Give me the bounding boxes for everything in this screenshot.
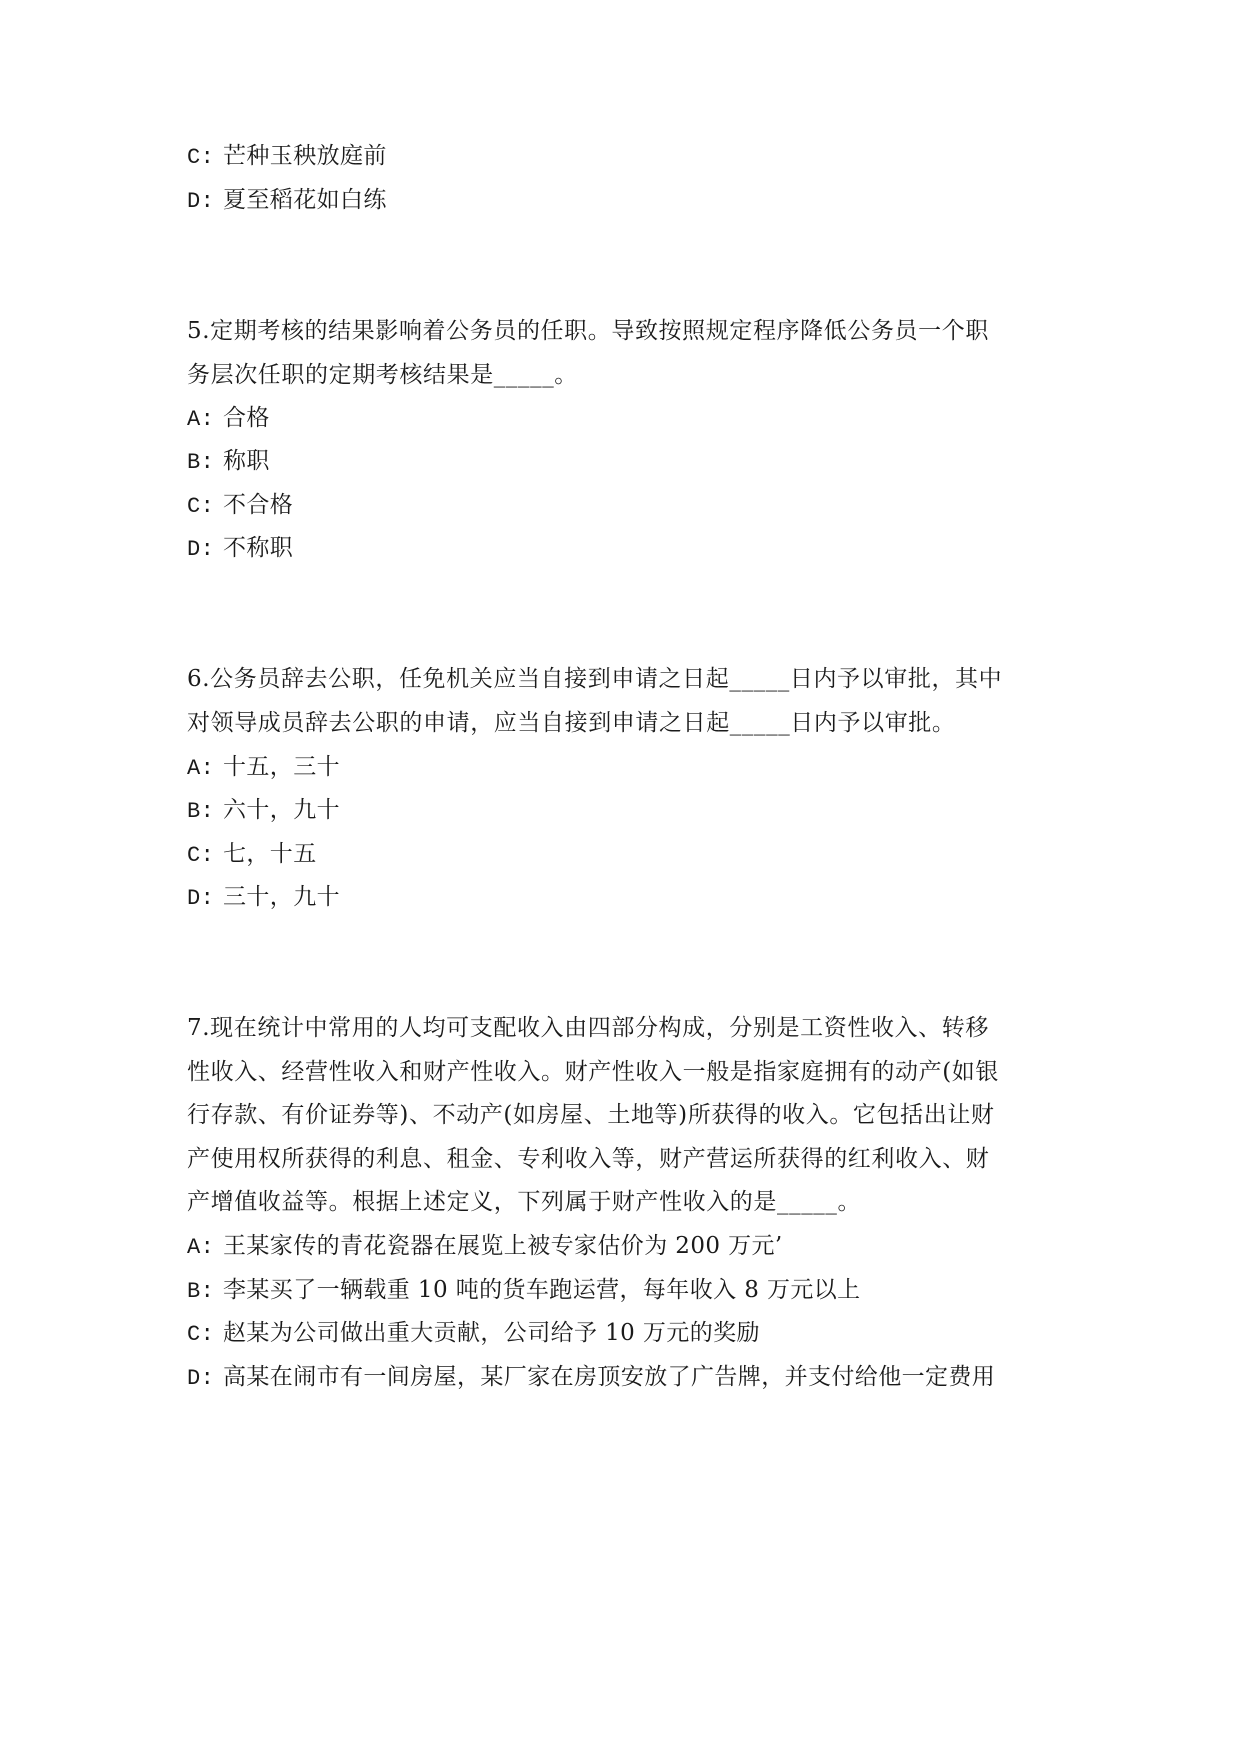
option-label: A:	[187, 754, 223, 784]
option-label: C:	[187, 492, 223, 522]
option-text: 合格	[223, 405, 270, 431]
question-text-line: 性收入、经营性收入和财产性收入。财产性收入一般是指家庭拥有的动产(如银	[187, 1057, 999, 1087]
option-text: 称职	[223, 448, 270, 474]
option-text: 不合格	[223, 492, 293, 518]
option-label: C:	[187, 1320, 223, 1350]
option-c: C:七，十五	[187, 839, 317, 869]
option-label: C:	[187, 841, 223, 871]
option-label: B:	[187, 1277, 223, 1307]
option-text: 赵某为公司做出重大贡献，公司给予 10 万元的奖励	[223, 1320, 760, 1346]
option-text: 夏至稻花如白练	[223, 187, 387, 213]
option-label: C:	[187, 143, 223, 173]
option-text: 李某买了一辆载重 10 吨的货车跑运营，每年收入 8 万元以上	[223, 1277, 861, 1303]
option-c-prev: C:芒种玉秧放庭前	[187, 141, 387, 171]
option-text: 高某在闹市有一间房屋，某厂家在房顶安放了广告牌，并支付给他一定费用	[223, 1364, 995, 1390]
option-text: 十五，三十	[223, 754, 340, 780]
option-a: A:合格	[187, 403, 270, 433]
option-label: D:	[187, 1364, 223, 1394]
option-text: 六十，九十	[223, 797, 340, 823]
option-text: 三十，九十	[223, 884, 340, 910]
option-label: D:	[187, 535, 223, 565]
question-text-line: 行存款、有价证券等)、不动产(如房屋、土地等)所获得的收入。它包括出让财	[187, 1100, 995, 1130]
option-b: B:六十，九十	[187, 795, 340, 825]
question-text-line: 务层次任职的定期考核结果是_____。	[187, 360, 578, 390]
option-label: A:	[187, 1233, 223, 1263]
question-text-line: 对领导成员辞去公职的申请，应当自接到申请之日起_____日内予以审批。	[187, 708, 956, 738]
option-c: C:赵某为公司做出重大贡献，公司给予 10 万元的奖励	[187, 1318, 760, 1348]
question-text-line: 5.定期考核的结果影响着公务员的任职。导致按照规定程序降低公务员一个职	[187, 316, 989, 346]
option-text: 不称职	[223, 535, 293, 561]
option-label: B:	[187, 797, 223, 827]
option-d: D:不称职	[187, 533, 293, 563]
question-text-line: 产增值收益等。根据上述定义，下列属于财产性收入的是_____。	[187, 1187, 861, 1217]
option-a: A:王某家传的青花瓷器在展览上被专家估价为 200 万元’	[187, 1231, 783, 1261]
option-a: A:十五，三十	[187, 752, 340, 782]
option-label: D:	[187, 884, 223, 914]
option-d: D:三十，九十	[187, 882, 340, 912]
option-text: 七，十五	[223, 841, 317, 867]
question-text-line: 7.现在统计中常用的人均可支配收入由四部分构成，分别是工资性收入、转移	[187, 1013, 989, 1043]
option-text: 芒种玉秧放庭前	[223, 143, 387, 169]
option-d-prev: D:夏至稻花如白练	[187, 185, 387, 215]
option-c: C:不合格	[187, 490, 293, 520]
question-text-line: 6.公务员辞去公职，任免机关应当自接到申请之日起_____日内予以审批，其中	[187, 664, 1002, 694]
option-label: D:	[187, 187, 223, 217]
option-b: B:李某买了一辆载重 10 吨的货车跑运营，每年收入 8 万元以上	[187, 1275, 861, 1305]
question-text-line: 产使用权所获得的利息、租金、专利收入等，财产营运所获得的红利收入、财	[187, 1144, 989, 1174]
option-label: A:	[187, 405, 223, 435]
option-label: B:	[187, 448, 223, 478]
option-text: 王某家传的青花瓷器在展览上被专家估价为 200 万元’	[223, 1233, 783, 1259]
option-d: D:高某在闹市有一间房屋，某厂家在房顶安放了广告牌，并支付给他一定费用	[187, 1362, 995, 1392]
option-b: B:称职	[187, 446, 270, 476]
